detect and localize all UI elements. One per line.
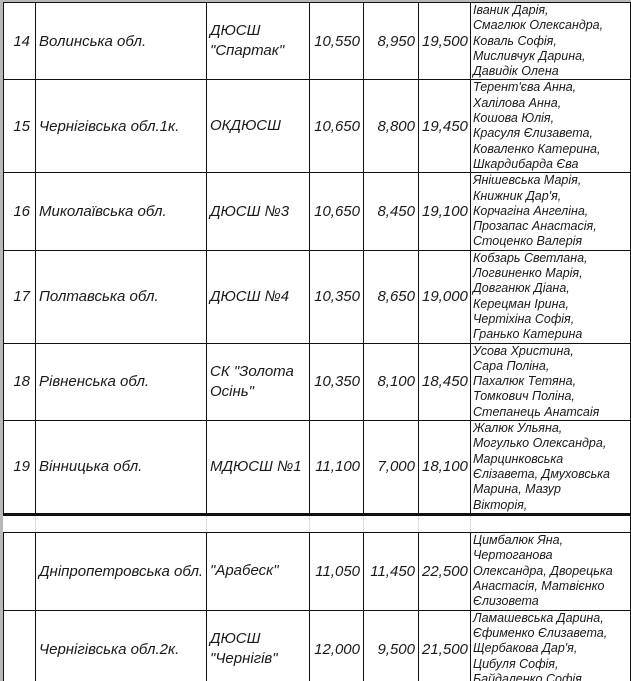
place-cell: 18 [4,343,36,420]
member-name: Анастасія, Матвієнко [473,579,628,594]
score1-cell: 12,000 [310,610,364,681]
members-cell: Цимбалюк Яна,ЧертогановаОлександра, Двор… [471,532,631,610]
member-name: Пахалюк Тетяна, [473,374,628,389]
member-name: Коваленко Катерина, [473,142,628,157]
member-name: Кобзарь Светлана, [473,251,628,266]
document-page: 14Волинська обл.ДЮСШ"Спартак"10,5508,950… [0,0,631,681]
empty-cell [364,514,419,532]
region-cell: Миколаївська обл. [36,173,207,250]
place-cell: 14 [4,3,36,80]
total-cell: 19,500 [419,3,471,80]
member-name: Красуля Єлизавета, [473,126,628,141]
place-cell: 15 [4,80,36,173]
total-cell: 22,500 [419,532,471,610]
member-name: Мисливчук Дарина, [473,49,628,64]
score1-cell: 10,350 [310,343,364,420]
member-name: Стоценко Валерія [473,234,628,249]
member-name: Цимбалюк Яна, [473,533,628,548]
members-cell: Усова Христина,Сара Поліна,Пахалюк Тетян… [471,343,631,420]
score2-cell: 7,000 [364,421,419,515]
region-cell: Чернігівська обл.2к. [36,610,207,681]
place-cell [4,610,36,681]
member-name: Халілова Анна, [473,96,628,111]
empty-cell [36,514,207,532]
score1-cell: 10,550 [310,3,364,80]
club-cell: ДЮСШ"Спартак" [207,3,310,80]
member-name: Довганюк Діана, [473,281,628,296]
club-cell: "Арабеск" [207,532,310,610]
member-name: Гранько Катерина [473,327,628,342]
total-cell: 19,000 [419,250,471,343]
empty-cell [310,514,364,532]
score2-cell: 8,100 [364,343,419,420]
members-cell: Кобзарь Светлана,Логвиненко Марія,Довган… [471,250,631,343]
place-cell: 17 [4,250,36,343]
member-name: Могулько Олександра, [473,436,628,451]
member-name: Байдаленко Софія [473,672,628,681]
members-cell: Жалюк Ульяна,Могулько Олександра,Марцинк… [471,421,631,515]
score2-cell: 11,450 [364,532,419,610]
member-name: Керецман Ірина, [473,297,628,312]
member-name: Чертоганова [473,548,628,563]
club-cell: МДЮСШ №1 [207,421,310,515]
members-cell: Янішевська Марія,Книжник Дар'я,Корчагіна… [471,173,631,250]
member-name: Іваник Дарія, [473,3,628,18]
empty-cell [207,514,310,532]
table-row: Чернігівська обл.2к.ДЮСШ"Чернігів"12,000… [4,610,631,681]
table-row: 19Вінницька обл.МДЮСШ №111,1007,00018,10… [4,421,631,515]
club-cell: ДЮСШ"Чернігів" [207,610,310,681]
spacer-row [4,514,631,532]
member-name: Усова Христина, [473,344,628,359]
member-name: Терент'єва Анна, [473,80,628,95]
region-cell: Дніпропетровська обл. [36,532,207,610]
member-name: Єлізавета, Дмуховська [473,467,628,482]
table-row: Дніпропетровська обл."Арабеск"11,05011,4… [4,532,631,610]
member-name: Марина, Мазур [473,482,628,497]
club-cell: СК "ЗолотаОсінь" [207,343,310,420]
table-row: 15Чернігівська обл.1к.ОКДЮСШ10,6508,8001… [4,80,631,173]
table-row: 16Миколаївська обл.ДЮСШ №310,6508,45019,… [4,173,631,250]
members-cell: Ламашевська Дарина,Єфименко Єлизавета,Ще… [471,610,631,681]
member-name: Янішевська Марія, [473,173,628,188]
region-cell: Полтавська обл. [36,250,207,343]
empty-cell [471,514,631,532]
member-name: Жалюк Ульяна, [473,421,628,436]
score1-cell: 10,650 [310,173,364,250]
member-name: Вікторія, [473,498,628,513]
member-name: Сара Поліна, [473,359,628,374]
score2-cell: 9,500 [364,610,419,681]
members-cell: Терент'єва Анна,Халілова Анна,Кошова Юлі… [471,80,631,173]
member-name: Єлизовета [473,594,628,609]
region-cell: Чернігівська обл.1к. [36,80,207,173]
place-cell: 16 [4,173,36,250]
member-name: Кошова Юлія, [473,111,628,126]
score1-cell: 10,650 [310,80,364,173]
club-cell: ДЮСШ №3 [207,173,310,250]
member-name: Чертіхіна Софія, [473,312,628,327]
score2-cell: 8,800 [364,80,419,173]
member-name: Корчагіна Ангеліна, [473,204,628,219]
member-name: Смаглюк Олександра, [473,18,628,33]
empty-cell [4,514,36,532]
member-name: Щербакова Дар'я, [473,641,628,656]
table-row: 17Полтавська обл.ДЮСШ №410,3508,65019,00… [4,250,631,343]
place-cell: 19 [4,421,36,515]
score2-cell: 8,650 [364,250,419,343]
region-cell: Вінницька обл. [36,421,207,515]
member-name: Прозапас Анастасія, [473,219,628,234]
total-cell: 19,450 [419,80,471,173]
member-name: Логвиненко Марія, [473,266,628,281]
table-row: 14Волинська обл.ДЮСШ"Спартак"10,5508,950… [4,3,631,80]
member-name: Цибуля Софія, [473,657,628,672]
member-name: Томкович Поліна, [473,389,628,404]
table-row: 18Рівненська обл.СК "ЗолотаОсінь"10,3508… [4,343,631,420]
score1-cell: 11,050 [310,532,364,610]
member-name: Ламашевська Дарина, [473,611,628,626]
region-cell: Волинська обл. [36,3,207,80]
score2-cell: 8,950 [364,3,419,80]
place-cell [4,532,36,610]
member-name: Коваль Софія, [473,34,628,49]
region-cell: Рівненська обл. [36,343,207,420]
empty-cell [419,514,471,532]
member-name: Степанець Анатсаія [473,405,628,420]
club-cell: ОКДЮСШ [207,80,310,173]
member-name: Єфименко Єлизавета, [473,626,628,641]
total-cell: 19,100 [419,173,471,250]
total-cell: 18,100 [419,421,471,515]
score2-cell: 8,450 [364,173,419,250]
score1-cell: 11,100 [310,421,364,515]
member-name: Шкардибарда Єва [473,157,628,172]
total-cell: 18,450 [419,343,471,420]
member-name: Книжник Дар'я, [473,189,628,204]
score1-cell: 10,350 [310,250,364,343]
member-name: Олександра, Дворецька [473,564,628,579]
total-cell: 21,500 [419,610,471,681]
member-name: Марцинковська [473,452,628,467]
club-cell: ДЮСШ №4 [207,250,310,343]
results-table: 14Волинська обл.ДЮСШ"Спартак"10,5508,950… [3,2,631,681]
members-cell: Іваник Дарія,Смаглюк Олександра,Коваль С… [471,3,631,80]
member-name: Давидік Олена [473,64,628,79]
